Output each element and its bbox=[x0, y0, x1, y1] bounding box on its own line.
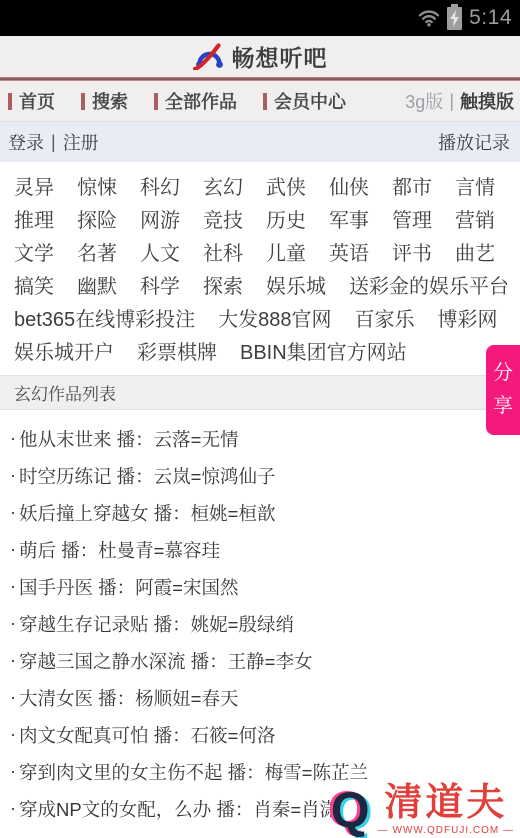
login-link[interactable]: 登录 bbox=[8, 129, 44, 155]
category-link[interactable]: 历史 bbox=[266, 204, 329, 233]
category-grid: 灵异 惊悚 科幻 玄幻 武侠 仙侠 都市 言情 推理 探险 网游 竞技 历史 军… bbox=[0, 162, 520, 375]
category-row: 灵异 惊悚 科幻 玄幻 武侠 仙侠 都市 言情 bbox=[14, 169, 520, 202]
bullet-icon: · bbox=[10, 687, 16, 708]
nav-marker bbox=[81, 93, 85, 110]
nav-item-label: 会员中心 bbox=[274, 88, 346, 114]
work-link[interactable]: 肉文女配真可怕 播：石筱=何洛 bbox=[19, 722, 275, 748]
nav-item-label: 首页 bbox=[19, 88, 55, 114]
bullet-icon: · bbox=[10, 502, 16, 523]
category-link[interactable]: 灵异 bbox=[14, 171, 77, 200]
category-link[interactable]: 搞笑 bbox=[14, 270, 54, 299]
bullet-icon: · bbox=[10, 428, 16, 449]
list-item: ·穿越三国之静水深流 播：王静=李女 bbox=[10, 642, 520, 679]
category-link[interactable]: 彩票棋牌 bbox=[137, 336, 217, 365]
list-item: ·穿越生存记录贴 播：姚妮=殷绿绡 bbox=[10, 605, 520, 642]
page: 5:14 畅想听吧 首页 搜索 全部作品 会员中心 3g版 bbox=[0, 0, 520, 838]
play-history-link[interactable]: 播放记录 bbox=[438, 129, 510, 155]
category-link[interactable]: 竞技 bbox=[203, 204, 266, 233]
work-link[interactable]: 时空历练记 播：云岚=惊鸿仙子 bbox=[19, 463, 275, 489]
wifi-icon bbox=[418, 9, 440, 27]
category-link[interactable]: 营销 bbox=[455, 204, 518, 233]
link-3g-version[interactable]: 3g版 bbox=[405, 88, 443, 114]
category-link[interactable]: 人文 bbox=[140, 237, 203, 266]
site-logo-icon bbox=[193, 43, 225, 70]
category-row: bet365在线博彩投注 大发888官网 百家乐 博彩网 bbox=[14, 301, 520, 334]
category-link[interactable]: 博彩网 bbox=[438, 303, 498, 332]
category-link[interactable]: 惊悚 bbox=[77, 171, 140, 200]
status-bar: 5:14 bbox=[0, 0, 520, 36]
battery-charging-icon bbox=[447, 7, 462, 30]
category-link[interactable]: 管理 bbox=[392, 204, 455, 233]
nav-item-all-works[interactable]: 全部作品 bbox=[154, 88, 237, 114]
category-link[interactable]: 玄幻 bbox=[203, 171, 266, 200]
category-link[interactable]: 科学 bbox=[140, 270, 180, 299]
nav-item-label: 全部作品 bbox=[165, 88, 237, 114]
category-link[interactable]: BBIN集团官方网站 bbox=[240, 336, 407, 365]
work-link[interactable]: 穿成NP文的女配，么办 播：肖秦=肖潇 bbox=[19, 796, 338, 822]
category-link[interactable]: 幽默 bbox=[77, 270, 117, 299]
list-item: ·萌后 播：杜曼青=慕容珪 bbox=[10, 531, 520, 568]
site-header: 畅想听吧 bbox=[0, 36, 520, 77]
work-list: ·他从末世来 播：云落=无情 ·时空历练记 播：云岚=惊鸿仙子 ·妖后撞上穿越女… bbox=[0, 410, 520, 827]
nav-version-links: 3g版 | 触摸版 bbox=[405, 88, 514, 114]
nav-item-search[interactable]: 搜索 bbox=[81, 88, 128, 114]
nav-marker bbox=[154, 93, 158, 110]
category-link[interactable]: bet365在线博彩投注 bbox=[14, 303, 195, 332]
watermark-q-logo-icon: Q bbox=[331, 785, 370, 835]
account-bar: 登录 | 注册 播放记录 bbox=[0, 122, 520, 162]
category-row: 娱乐城开户 彩票棋牌 BBIN集团官方网站 bbox=[14, 334, 520, 367]
register-link[interactable]: 注册 bbox=[63, 129, 99, 155]
category-link[interactable]: 军事 bbox=[329, 204, 392, 233]
category-link[interactable]: 英语 bbox=[329, 237, 392, 266]
link-touch-version[interactable]: 触摸版 bbox=[460, 88, 514, 114]
category-link[interactable]: 娱乐城 bbox=[266, 270, 326, 299]
watermark-brand: 清道夫 bbox=[384, 784, 507, 822]
bullet-icon: · bbox=[10, 798, 16, 819]
work-link[interactable]: 穿越三国之静水深流 播：王静=李女 bbox=[19, 648, 312, 674]
section-title: 玄幻作品列表 bbox=[14, 380, 116, 405]
nav-marker bbox=[263, 93, 267, 110]
category-link[interactable]: 娱乐城开户 bbox=[14, 336, 114, 365]
watermark: Q 清道夫 — WWW.QDFUJI.COM — bbox=[331, 784, 514, 836]
share-tab-button[interactable]: 分享 bbox=[486, 345, 520, 435]
category-link[interactable]: 仙侠 bbox=[329, 171, 392, 200]
work-link[interactable]: 他从末世来 播：云落=无情 bbox=[19, 426, 238, 452]
category-link[interactable]: 曲艺 bbox=[455, 237, 518, 266]
nav-version-separator: | bbox=[449, 91, 454, 112]
list-item: ·国手丹医 播：阿霞=宋国然 bbox=[10, 568, 520, 605]
category-link[interactable]: 探索 bbox=[203, 270, 243, 299]
work-link[interactable]: 大清女医 播：杨顺妞=春天 bbox=[19, 685, 238, 711]
nav-marker bbox=[8, 93, 12, 110]
list-item: ·大清女医 播：杨顺妞=春天 bbox=[10, 679, 520, 716]
work-link[interactable]: 国手丹医 播：阿霞=宋国然 bbox=[19, 574, 238, 600]
bullet-icon: · bbox=[10, 761, 16, 782]
charging-bolt-icon bbox=[450, 10, 460, 27]
account-separator: | bbox=[51, 132, 56, 153]
nav-item-label: 搜索 bbox=[92, 88, 128, 114]
category-link[interactable]: 科幻 bbox=[140, 171, 203, 200]
category-row: 文学 名著 人文 社科 儿童 英语 评书 曲艺 bbox=[14, 235, 520, 268]
category-link[interactable]: 网游 bbox=[140, 204, 203, 233]
category-row: 搞笑 幽默 科学 探索 娱乐城 送彩金的娱乐平台 bbox=[14, 268, 520, 301]
category-link[interactable]: 言情 bbox=[455, 171, 518, 200]
status-time: 5:14 bbox=[469, 6, 512, 30]
watermark-url: — WWW.QDFUJI.COM — bbox=[378, 825, 514, 836]
category-link[interactable]: 大发888官网 bbox=[218, 303, 331, 332]
nav-item-home[interactable]: 首页 bbox=[8, 88, 55, 114]
category-link[interactable]: 推理 bbox=[14, 204, 77, 233]
category-link[interactable]: 送彩金的娱乐平台 bbox=[349, 270, 509, 299]
bullet-icon: · bbox=[10, 539, 16, 560]
main-nav: 首页 搜索 全部作品 会员中心 3g版 | 触摸版 bbox=[0, 81, 520, 122]
work-link[interactable]: 穿到肉文里的女主伤不起 播：梅雪=陈芷兰 bbox=[19, 759, 368, 785]
nav-item-member-center[interactable]: 会员中心 bbox=[263, 88, 346, 114]
list-item: ·肉文女配真可怕 播：石筱=何洛 bbox=[10, 716, 520, 753]
bullet-icon: · bbox=[10, 724, 16, 745]
section-header: 玄幻作品列表 bbox=[0, 375, 520, 410]
category-link[interactable]: 儿童 bbox=[266, 237, 329, 266]
bullet-icon: · bbox=[10, 576, 16, 597]
list-item: ·他从末世来 播：云落=无情 bbox=[10, 420, 520, 457]
list-item: ·妖后撞上穿越女 播：桓姚=桓歆 bbox=[10, 494, 520, 531]
category-link[interactable]: 名著 bbox=[77, 237, 140, 266]
category-link[interactable]: 武侠 bbox=[266, 171, 329, 200]
site-title: 畅想听吧 bbox=[232, 40, 328, 73]
bullet-icon: · bbox=[10, 465, 16, 486]
category-row: 推理 探险 网游 竞技 历史 军事 管理 营销 bbox=[14, 202, 520, 235]
work-link[interactable]: 妖后撞上穿越女 播：桓姚=桓歆 bbox=[19, 500, 275, 526]
category-link[interactable]: 文学 bbox=[14, 237, 77, 266]
category-link[interactable]: 百家乐 bbox=[355, 303, 415, 332]
list-item: ·时空历练记 播：云岚=惊鸿仙子 bbox=[10, 457, 520, 494]
category-link[interactable]: 评书 bbox=[392, 237, 455, 266]
work-link[interactable]: 萌后 播：杜曼青=慕容珪 bbox=[19, 537, 220, 563]
category-link[interactable]: 社科 bbox=[203, 237, 266, 266]
account-links: 登录 | 注册 bbox=[8, 129, 99, 155]
category-link[interactable]: 都市 bbox=[392, 171, 455, 200]
bullet-icon: · bbox=[10, 613, 16, 634]
category-link[interactable]: 探险 bbox=[77, 204, 140, 233]
bullet-icon: · bbox=[10, 650, 16, 671]
work-link[interactable]: 穿越生存记录贴 播：姚妮=殷绿绡 bbox=[19, 611, 294, 637]
watermark-text: 清道夫 — WWW.QDFUJI.COM — bbox=[378, 784, 514, 836]
